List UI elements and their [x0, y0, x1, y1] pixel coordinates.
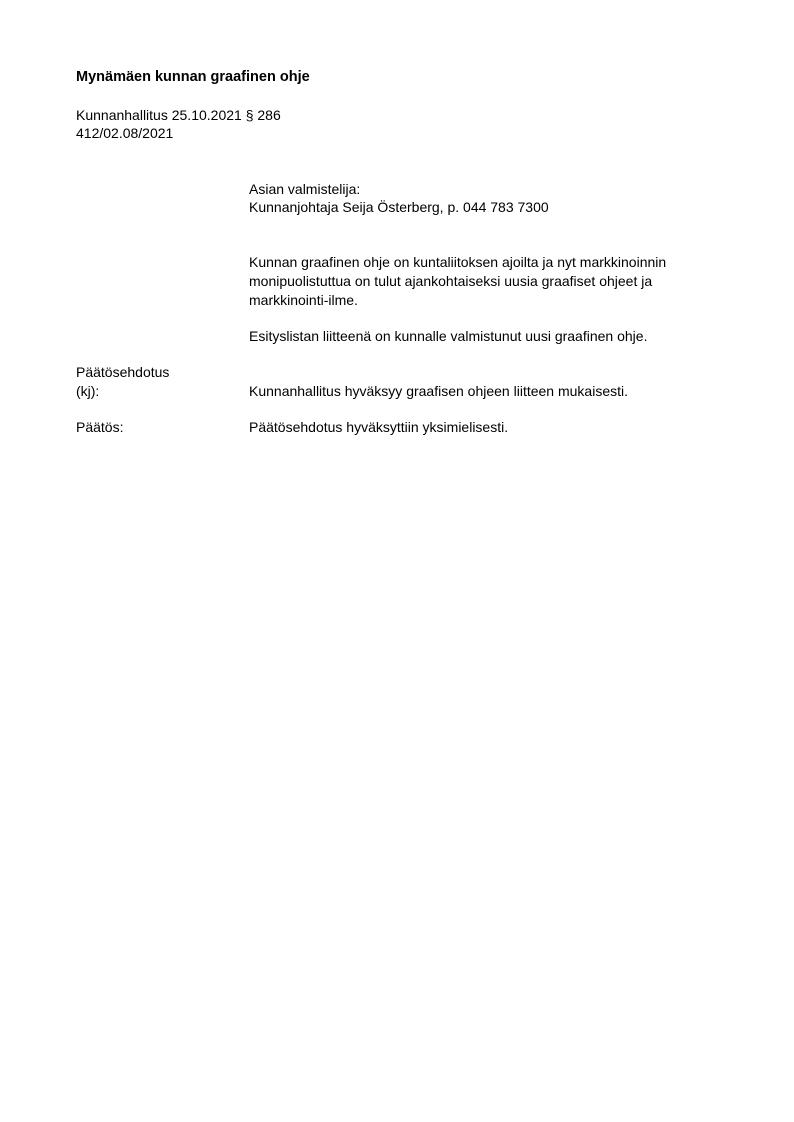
preparer: Kunnanjohtaja Seija Österberg, p. 044 78…	[249, 198, 549, 216]
body-line-3: markkinointi-ilme.	[249, 291, 358, 309]
record-number: 412/02.08/2021	[76, 124, 173, 142]
preparer-label: Asian valmistelija:	[249, 180, 360, 198]
document-title: Mynämäen kunnan graafinen ohje	[76, 68, 310, 86]
proposal-text: Kunnanhallitus hyväksyy graafisen ohjeen…	[249, 382, 628, 400]
body-line-1: Kunnan graafinen ohje on kuntaliitoksen …	[249, 253, 666, 271]
decision-text: Päätösehdotus hyväksyttiin yksimielisest…	[249, 418, 508, 436]
decision-label: Päätös:	[76, 418, 123, 436]
attachment-note: Esityslistan liitteenä on kunnalle valmi…	[249, 327, 647, 345]
proposal-label: Päätösehdotus	[76, 363, 169, 381]
meeting-line: Kunnanhallitus 25.10.2021 § 286	[76, 106, 281, 124]
body-line-2: monipuolistuttua on tulut ajankohtaiseks…	[249, 272, 652, 290]
proposal-label-kj: (kj):	[76, 382, 99, 400]
